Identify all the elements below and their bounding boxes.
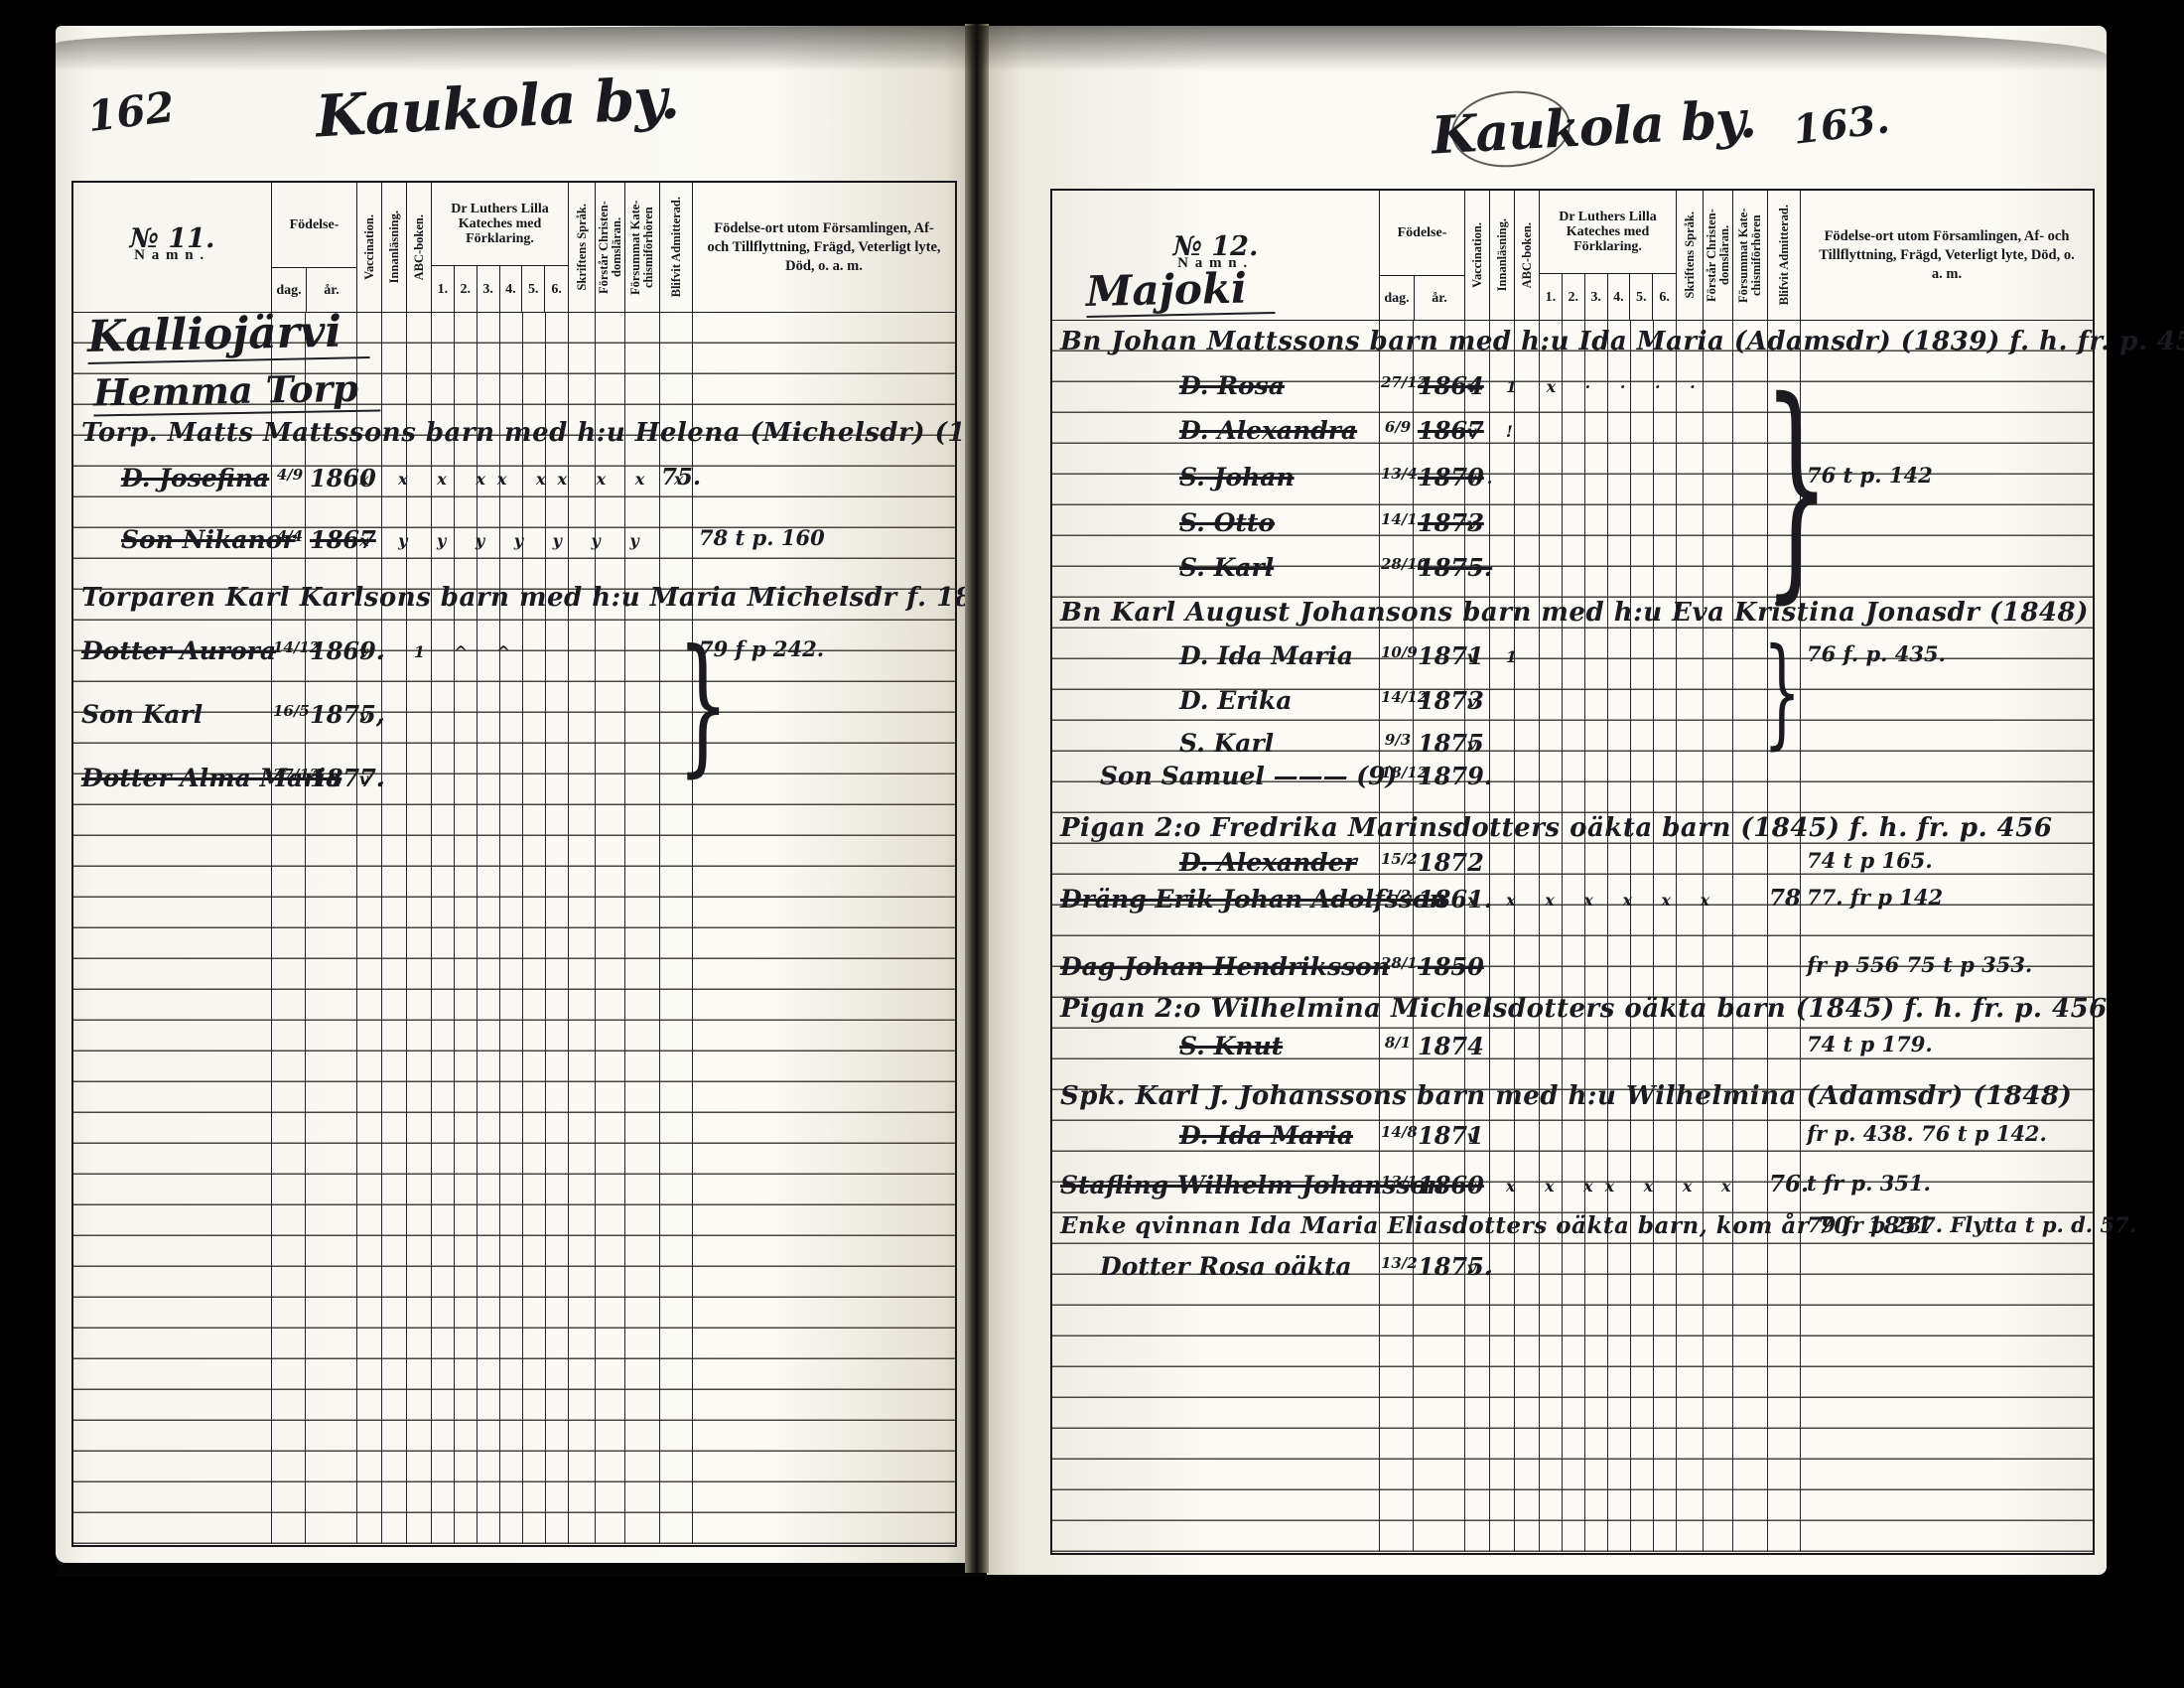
birth-day: 13/4 bbox=[1381, 465, 1415, 483]
birth-day: 4/9 bbox=[273, 466, 307, 484]
check-marks: x x x xx xx x x x bbox=[359, 470, 695, 489]
col-header-innanlasning: Innanläsning. bbox=[382, 183, 407, 312]
birth-day: 28/10 bbox=[1381, 555, 1415, 573]
check-marks: v bbox=[1467, 692, 1488, 711]
col-header-fodelse: Födelse- dag. år. bbox=[1380, 191, 1465, 320]
birth-day: 13/2 bbox=[1381, 1254, 1415, 1272]
birth-day: 6/9 bbox=[1381, 418, 1415, 436]
admitted-number: 78 bbox=[1769, 885, 1801, 912]
col-header-forsummat-katechismiforhoren: Försummat Kate­chismiförhören bbox=[1733, 191, 1768, 320]
family-heading: Spk. Karl J. Johanssons barn med h:u Wil… bbox=[1060, 1081, 2072, 1111]
birth-day: 14/8 bbox=[1381, 1123, 1415, 1141]
birth-year: 1874 bbox=[1418, 1032, 1484, 1060]
birth-day: 14/12 bbox=[1381, 688, 1415, 706]
scan-top-shadow bbox=[56, 26, 2107, 71]
check-marks: v. bbox=[359, 770, 396, 788]
birth-day: 27/12 bbox=[1381, 373, 1415, 391]
person-name: D. Rosa bbox=[1179, 371, 1285, 400]
remark-note: t fr p. 351. bbox=[1807, 1171, 1931, 1196]
check-marks: v ! bbox=[1467, 422, 1525, 441]
person-name: D. Ida Maria bbox=[1179, 1121, 1353, 1150]
check-marks: x x x x x x x bbox=[1467, 891, 1721, 910]
page-number-right: 163. bbox=[1790, 95, 1891, 154]
check-marks: v bbox=[1467, 1127, 1488, 1146]
col-header-abc-boken: ABC-boken. bbox=[1515, 191, 1540, 320]
col-header-forstar-christendomslaran: Förstår Christen­domsläran. bbox=[596, 183, 625, 312]
table-header-left: № 11. Namn. Födelse- dag. år. Vaccinatio… bbox=[73, 183, 955, 313]
birth-day: 18/12 bbox=[1381, 764, 1415, 781]
person-name: D. Erika bbox=[1179, 686, 1292, 715]
col-header-katekes: Dr Luthers Lilla Kate­ches med Förklarin… bbox=[432, 183, 569, 312]
col-header-innanlasning: Innanläsning. bbox=[1490, 191, 1515, 320]
col-header-blifvit-admitterad: Blifvit Admit­terad. bbox=[660, 183, 693, 312]
family-heading: Bn Johan Mattssons barn med h:u Ida Mari… bbox=[1060, 327, 2184, 356]
scan-border-bottom bbox=[0, 1577, 2184, 1688]
family-heading: Torparen Karl Karlsons barn med h:u Mari… bbox=[81, 583, 1020, 613]
family-heading: Pigan 2:o Wilhelmina Michelsdotters oäkt… bbox=[1060, 994, 2108, 1024]
col-header-dag: dag. bbox=[1380, 276, 1415, 320]
check-marks: v 1 x · · · · bbox=[1467, 377, 1707, 396]
person-name: S. Karl bbox=[1179, 729, 1274, 758]
person-name: D. Alexander bbox=[1179, 848, 1357, 877]
col-header-ar: år. bbox=[1415, 276, 1464, 320]
person-name: S. Johan bbox=[1179, 463, 1295, 492]
admitted-number: 75. bbox=[661, 464, 701, 491]
person-name: Son Nikanor bbox=[121, 525, 296, 554]
brace-decoration: } bbox=[1763, 624, 1801, 762]
check-marks: v. bbox=[1467, 469, 1504, 488]
col-header-fodelse: Födelse- dag. år. bbox=[272, 183, 357, 312]
col-header-remarks: Födelse-ort utom Församlingen, Af- och T… bbox=[1801, 191, 2093, 320]
hamlet-name: Hemma Torp bbox=[93, 365, 381, 416]
scan-border-top bbox=[0, 0, 2184, 28]
birth-day: 9/3 bbox=[1381, 731, 1415, 749]
birth-year: 1879. bbox=[1418, 762, 1492, 790]
page-number-left: 162 bbox=[84, 82, 177, 141]
column-dividers bbox=[1052, 321, 2093, 1552]
remark-note: 77. fr p 142 bbox=[1807, 885, 1943, 910]
family-heading: Enke qvinnan Ida Maria Eliasdotters oäkt… bbox=[1060, 1212, 1933, 1239]
book-spine bbox=[965, 24, 989, 1573]
record-table-left: № 11. Namn. Födelse- dag. år. Vaccinatio… bbox=[71, 181, 957, 1547]
village-name: Majoki bbox=[1085, 263, 1275, 318]
col-header-abc-boken: ABC-boken. bbox=[407, 183, 432, 312]
table-body-left: Kalliojärvi Hemma Torp Torp. Matts Matts… bbox=[73, 313, 955, 1544]
remark-note: 74 t p 179. bbox=[1807, 1032, 1933, 1056]
check-marks: v. 1 ^ ^ bbox=[359, 642, 522, 661]
birth-day: 10/9 bbox=[1381, 643, 1415, 661]
col-header-skriftens-sprak: Skriftens Språk. bbox=[1677, 191, 1704, 320]
col-header-vaccination: Vaccination. bbox=[1465, 191, 1490, 320]
remark-note: 78 t p. 160 bbox=[699, 525, 825, 550]
birth-day: 15/2 bbox=[1381, 850, 1415, 868]
page-162: 162 Kaukola by. № 11. Namn. Födelse- dag… bbox=[56, 26, 971, 1563]
remark-note: 79 fr p 287. Flytta t p. d. 57. bbox=[1807, 1212, 2136, 1237]
person-name: Dotter Rosa oäkta bbox=[1100, 1252, 1352, 1281]
check-marks: v bbox=[1467, 514, 1488, 533]
remark-note: 74 t p 165. bbox=[1807, 848, 1933, 873]
birth-day: 13/1 bbox=[1381, 1173, 1415, 1191]
check-marks: v. bbox=[359, 706, 396, 725]
household-number: № 11. bbox=[130, 231, 215, 246]
birth-year: 1875. bbox=[1418, 553, 1492, 582]
col-header-remarks: Födelse-ort utom Församlingen, Af- och T… bbox=[693, 183, 955, 312]
birth-day: 14/1 bbox=[1381, 510, 1415, 528]
col-header-vaccination: Vaccination. bbox=[357, 183, 382, 312]
record-table-right: № 12. Namn. Födelse- dag. år. Vaccinatio… bbox=[1050, 189, 2095, 1555]
check-marks: v. bbox=[1467, 1258, 1504, 1277]
village-name: Kalliojärvi bbox=[86, 306, 369, 364]
person-name: S. Otto bbox=[1179, 508, 1275, 537]
person-name: S. Karl bbox=[1179, 553, 1274, 582]
col-header-namn: № 11. Namn. bbox=[73, 183, 272, 312]
col-header-dag: dag. bbox=[272, 268, 307, 312]
column-dividers bbox=[73, 313, 955, 1544]
birth-year: 1872 bbox=[1418, 848, 1484, 877]
col-header-forsummat-katechismiforhoren: Försummat Kate­chismiförhören bbox=[625, 183, 660, 312]
check-marks: v bbox=[1467, 735, 1488, 754]
person-name: D. Ida Maria bbox=[1179, 641, 1353, 670]
person-name: D. Alexandra bbox=[1179, 416, 1357, 445]
check-marks: v 1 bbox=[1467, 647, 1529, 666]
scan-border-left bbox=[0, 0, 57, 1688]
remark-note: fr p 556 75 t p 353. bbox=[1807, 952, 2032, 977]
person-name: Dag Johan Hendriksson bbox=[1060, 952, 1390, 981]
col-header-blifvit-admitterad: Blifvit Admit­terad. bbox=[1768, 191, 1801, 320]
remark-note: 79 f p 242. bbox=[699, 636, 824, 661]
person-name: Dotter Aurora bbox=[81, 636, 276, 665]
village-title-script-left: Kaukola by. bbox=[314, 64, 680, 150]
family-heading: Pigan 2:o Fredrika Marinsdotters oäkta b… bbox=[1060, 813, 2052, 843]
check-marks: x y y y y y y y bbox=[359, 531, 651, 550]
family-heading: Bn Karl August Johansons barn med h:u Ev… bbox=[1060, 598, 2089, 628]
col-header-forstar-christendomslaran: Förstår Christen­domsläran. bbox=[1704, 191, 1733, 320]
admitted-number: 76. bbox=[1769, 1171, 1809, 1197]
birth-day: 28/1 bbox=[1381, 954, 1415, 972]
birth-day: 8/1 bbox=[1381, 1034, 1415, 1052]
col-header-skriftens-sprak: Skriftens Språk. bbox=[569, 183, 596, 312]
household-number: № 12. bbox=[1173, 239, 1259, 254]
col-header-katekes: Dr Luthers Lilla Kate­ches med Förklarin… bbox=[1540, 191, 1677, 320]
person-name: S. Knut bbox=[1179, 1032, 1283, 1060]
scan-border-right bbox=[2105, 0, 2184, 1688]
remark-note: fr p. 438. 76 t p 142. bbox=[1807, 1121, 2047, 1146]
birth-day: 14/12 bbox=[273, 638, 307, 656]
birth-day: 27/12 bbox=[273, 766, 307, 783]
col-header-ar: år. bbox=[307, 268, 356, 312]
person-name: D. Josefina bbox=[121, 464, 269, 492]
birth-day: 16/5 bbox=[273, 702, 307, 720]
person-name: Son Samuel ——— (9) bbox=[1100, 762, 1397, 790]
birth-year: 1850 bbox=[1418, 952, 1484, 981]
check-marks: v x x xx x x x bbox=[1467, 1177, 1743, 1196]
remark-note: 76 t p. 142 bbox=[1807, 463, 1933, 488]
page-163: Kaukola by. 163. № 12. Namn. Födelse- da… bbox=[987, 26, 2107, 1575]
birth-day: 4/4 bbox=[273, 527, 307, 545]
table-body-right: Majoki Bn Johan Mattssons barn med h:u I… bbox=[1052, 321, 2093, 1552]
birth-day: 1/2 bbox=[1381, 887, 1415, 905]
remark-note: 76 f. p. 435. bbox=[1807, 641, 1946, 666]
person-name: Son Karl bbox=[81, 700, 203, 729]
